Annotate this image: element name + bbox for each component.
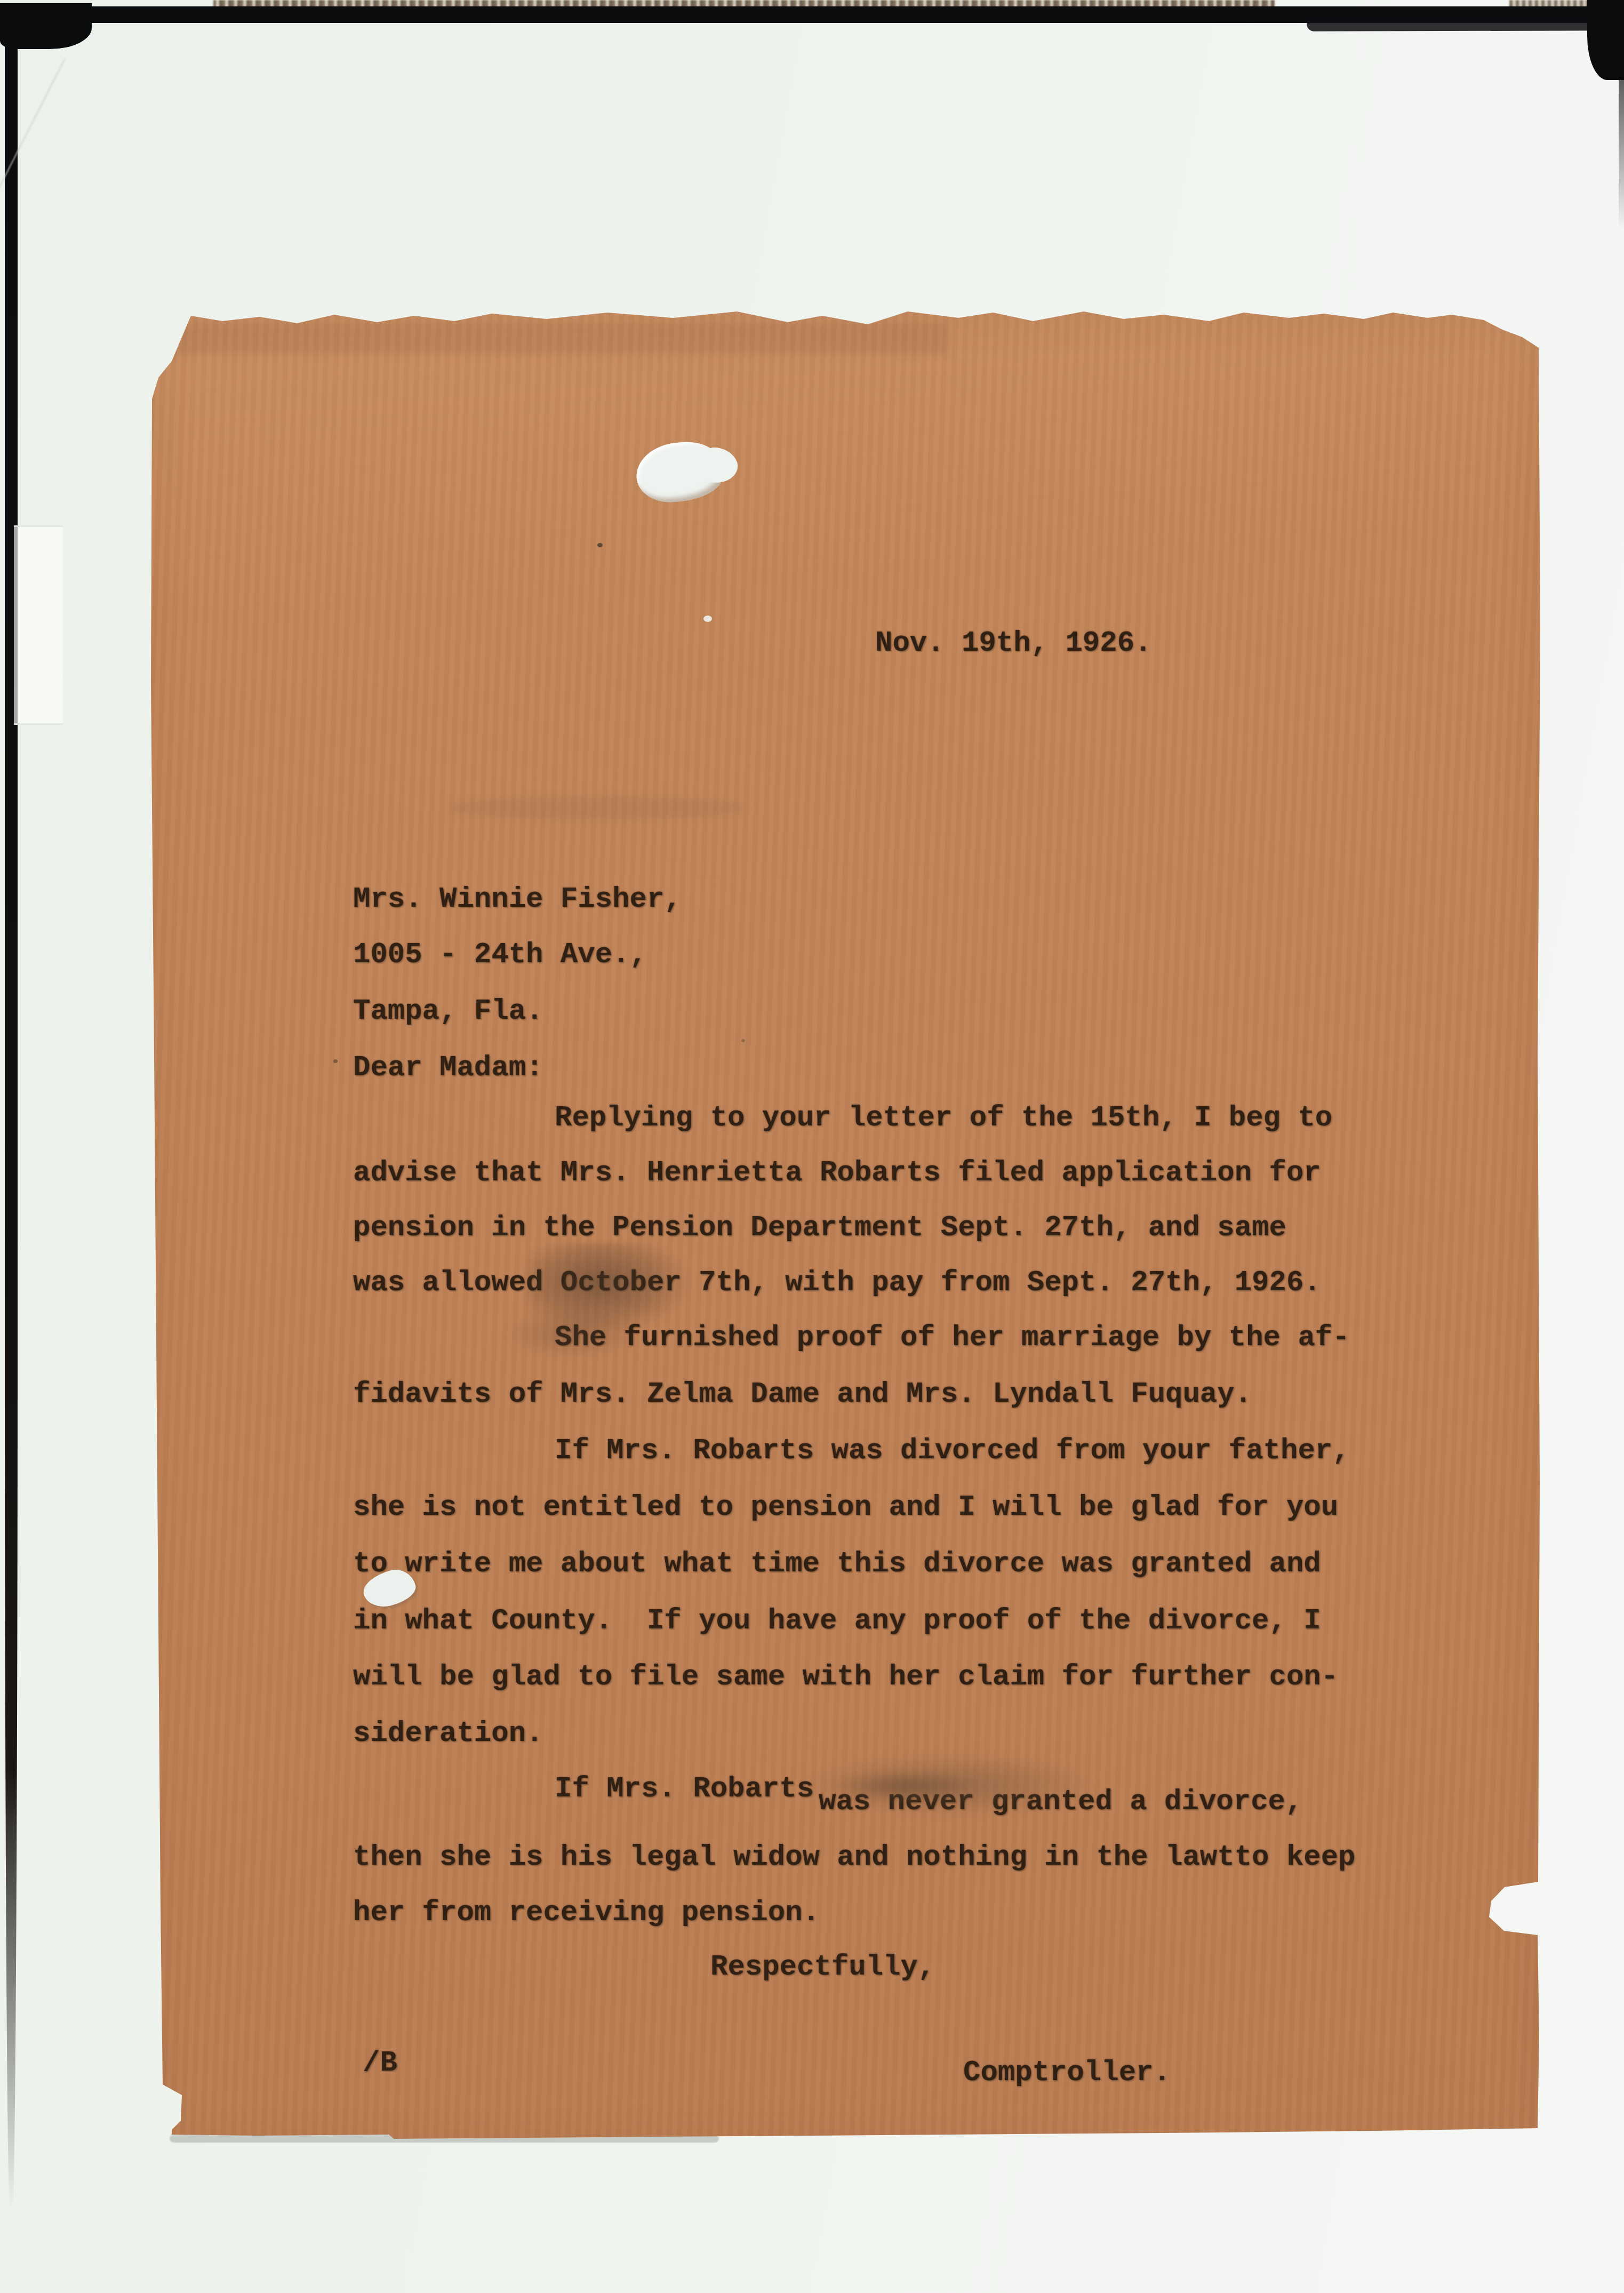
paper-speck [597, 543, 603, 547]
recipient-city-line: Tampa, Fla. [353, 997, 543, 1026]
recipient-street-line: 1005 - 24th Ave., [353, 941, 647, 970]
body-line-offset: was never granted a divorce, [819, 1788, 1302, 1817]
body-line: fidavits of Mrs. Zelma Dame and Mrs. Lyn… [353, 1380, 1252, 1409]
body-line: she is not entitled to pension and I wil… [353, 1493, 1338, 1522]
body-line: her from receiving pension. [353, 1899, 820, 1928]
closing-line: Respectfully, [710, 1953, 935, 1982]
paper-speck [741, 1039, 745, 1042]
body-line: If Mrs. Robarts [555, 1775, 814, 1804]
date-line: Nov. 19th, 1926. [875, 629, 1151, 658]
body-line: sideration. [353, 1720, 543, 1748]
typist-initials-line: /B [363, 2049, 397, 2078]
scanner-left-edge-line [5, 13, 18, 2210]
body-line: will be glad to file same with her claim… [353, 1663, 1338, 1692]
body-line: was allowed October 7th, with pay from S… [353, 1269, 1321, 1298]
tape-ghost [14, 525, 63, 725]
paper-hole-speck [703, 616, 712, 622]
signature-title-line: Comptroller. [963, 2059, 1171, 2088]
body-line: advise that Mrs. Henrietta Robarts filed… [353, 1159, 1321, 1188]
body-line: If Mrs. Robarts was divorced from your f… [555, 1437, 1350, 1466]
body-line: in what County. If you have any proof of… [353, 1607, 1321, 1636]
body-line: Replying to your letter of the 15th, I b… [555, 1104, 1332, 1133]
scanner-top-edge-bar-right [1307, 19, 1624, 31]
body-line: then she is his legal widow and nothing … [353, 1843, 1356, 1872]
body-line: to write me about what time this divorce… [353, 1550, 1321, 1579]
body-line: pension in the Pension Department Sept. … [353, 1214, 1286, 1243]
recipient-name-line: Mrs. Winnie Fisher, [353, 885, 682, 914]
salutation-line: Dear Madam: [353, 1054, 543, 1083]
paper-speck [333, 1059, 338, 1063]
torn-edge-shading [158, 323, 948, 354]
ghost-smear [448, 796, 747, 820]
body-line: She furnished proof of her marriage by t… [555, 1324, 1350, 1353]
scanned-letter-page: Nov. 19th, 1926. Mrs. Winnie Fisher, 100… [0, 0, 1624, 2293]
scanner-right-edge-line [1619, 0, 1624, 229]
